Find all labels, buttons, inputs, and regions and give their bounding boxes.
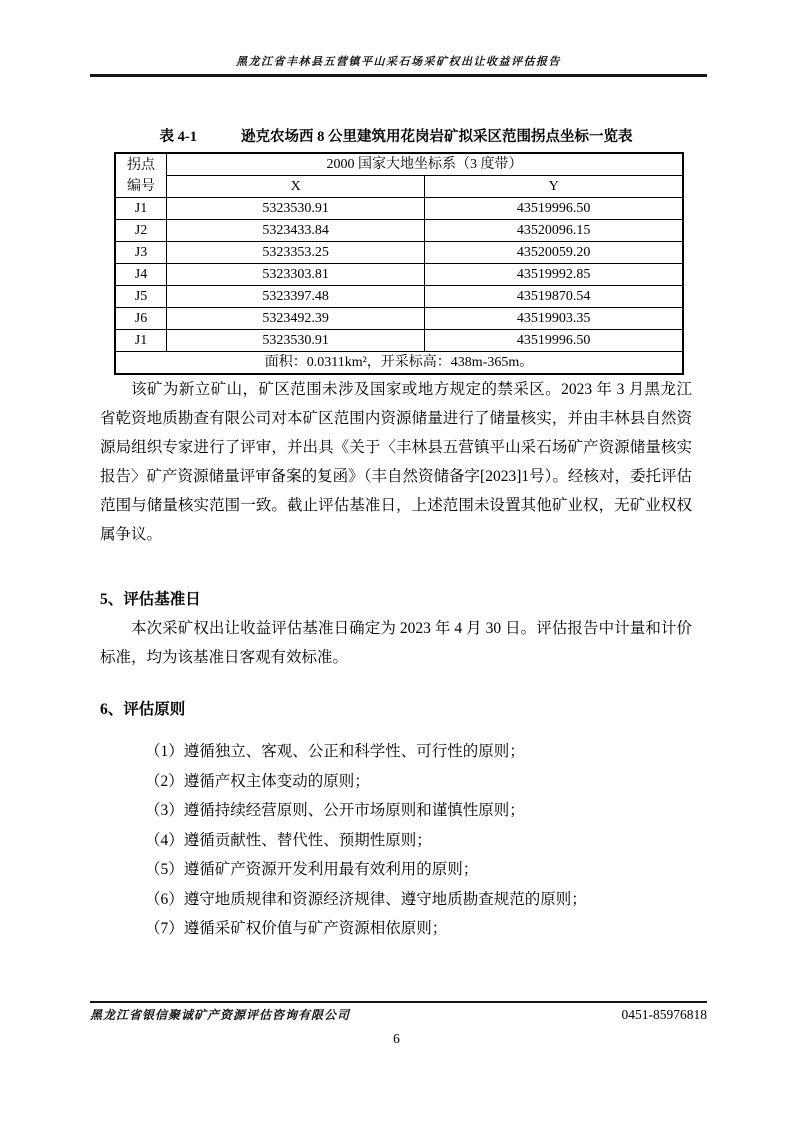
table-row: J4 5323303.81 43519992.85 — [115, 264, 683, 286]
table-header-row-2: X Y — [115, 176, 683, 198]
y-value-cell: 43519870.54 — [425, 286, 683, 308]
table-summary-row: 面积：0.0311km²，开采标高：438m-365m。 — [115, 352, 683, 375]
list-item: （1）遵循独立、客观、公正和科学性、可行性的原则； — [100, 737, 692, 767]
point-id-cell: J1 — [115, 330, 167, 352]
table-row: J3 5323353.25 43520059.20 — [115, 242, 683, 264]
x-value-cell: 5323433.84 — [167, 220, 425, 242]
principles-list: （1）遵循独立、客观、公正和科学性、可行性的原则； （2）遵循产权主体变动的原则… — [100, 737, 692, 944]
x-column-header: X — [167, 176, 425, 198]
corner-header-line2: 编号 — [116, 176, 166, 197]
y-value-cell: 43519996.50 — [425, 330, 683, 352]
list-item: （4）遵循贡献性、替代性、预期性原则； — [100, 826, 692, 856]
footer-company-name: 黑龙江省银信聚诚矿产资源评估咨询有限公司 — [90, 1006, 350, 1023]
y-value-cell: 43519992.85 — [425, 264, 683, 286]
section-5-paragraph: 本次采矿权出让收益评估基准日确定为 2023 年 4 月 30 日。评估报告中计… — [100, 614, 692, 672]
table-title: 逊克农场西 8 公里建筑用花岗岩矿拟采区范围拐点坐标一览表 — [241, 126, 633, 148]
page-number: 6 — [0, 1031, 793, 1047]
y-value-cell: 43520059.20 — [425, 242, 683, 264]
table-row: J6 5323492.39 43519903.35 — [115, 308, 683, 330]
corner-header-cell: 拐点 编号 — [115, 153, 167, 198]
x-value-cell: 5323530.91 — [167, 330, 425, 352]
point-id-cell: J5 — [115, 286, 167, 308]
x-value-cell: 5323492.39 — [167, 308, 425, 330]
y-column-header: Y — [425, 176, 683, 198]
table-row: J5 5323397.48 43519870.54 — [115, 286, 683, 308]
table-caption: 表 4-1 逊克农场西 8 公里建筑用花岗岩矿拟采区范围拐点坐标一览表 — [100, 126, 692, 148]
x-value-cell: 5323530.91 — [167, 198, 425, 220]
page-header-title: 黑龙江省丰林县五营镇平山采石场采矿权出让收益评估报告 — [90, 53, 707, 69]
section-5-heading: 5、评估基准日 — [100, 585, 692, 614]
point-id-cell: J2 — [115, 220, 167, 242]
table-header-row-1: 拐点 编号 2000 国家大地坐标系（3 度带） — [115, 153, 683, 176]
table-row: J1 5323530.91 43519996.50 — [115, 330, 683, 352]
coordinates-table: 拐点 编号 2000 国家大地坐标系（3 度带） X Y J1 5323530.… — [114, 152, 684, 375]
x-value-cell: 5323303.81 — [167, 264, 425, 286]
list-item: （5）遵循矿产资源开发利用最有效利用的原则； — [100, 855, 692, 885]
y-value-cell: 43519903.35 — [425, 308, 683, 330]
table-row: J1 5323530.91 43519996.50 — [115, 198, 683, 220]
section-6-heading: 6、评估原则 — [100, 695, 692, 724]
page-footer: 黑龙江省银信聚诚矿产资源评估咨询有限公司 0451-85976818 — [90, 1006, 707, 1023]
corner-header-line1: 拐点 — [116, 155, 166, 176]
coord-system-header-cell: 2000 国家大地坐标系（3 度带） — [167, 153, 684, 176]
page-content: 表 4-1 逊克农场西 8 公里建筑用花岗岩矿拟采区范围拐点坐标一览表 拐点 编… — [100, 126, 692, 944]
point-id-cell: J3 — [115, 242, 167, 264]
document-page: 黑龙江省丰林县五营镇平山采石场采矿权出让收益评估报告 表 4-1 逊克农场西 8… — [0, 0, 793, 1122]
list-item: （2）遵循产权主体变动的原则； — [100, 767, 692, 797]
list-item: （7）遵循采矿权价值与矿产资源相依原则； — [100, 914, 692, 944]
y-value-cell: 43520096.15 — [425, 220, 683, 242]
footer-phone-number: 0451-85976818 — [622, 1007, 708, 1023]
table-label: 表 4-1 — [160, 126, 197, 148]
table-summary-cell: 面积：0.0311km²，开采标高：438m-365m。 — [115, 352, 683, 375]
x-value-cell: 5323397.48 — [167, 286, 425, 308]
point-id-cell: J1 — [115, 198, 167, 220]
list-item: （6）遵守地质规律和资源经济规律、遵守地质勘查规范的原则； — [100, 885, 692, 915]
footer-rule — [90, 1001, 707, 1003]
table-row: J2 5323433.84 43520096.15 — [115, 220, 683, 242]
list-item: （3）遵循持续经营原则、公开市场原则和谨慎性原则； — [100, 796, 692, 826]
y-value-cell: 43519996.50 — [425, 198, 683, 220]
x-value-cell: 5323353.25 — [167, 242, 425, 264]
paragraph-mine-overview: 该矿为新立矿山，矿区范围未涉及国家或地方规定的禁采区。2023 年 3 月黑龙江… — [100, 375, 692, 549]
point-id-cell: J6 — [115, 308, 167, 330]
point-id-cell: J4 — [115, 264, 167, 286]
header-rule — [90, 74, 707, 77]
